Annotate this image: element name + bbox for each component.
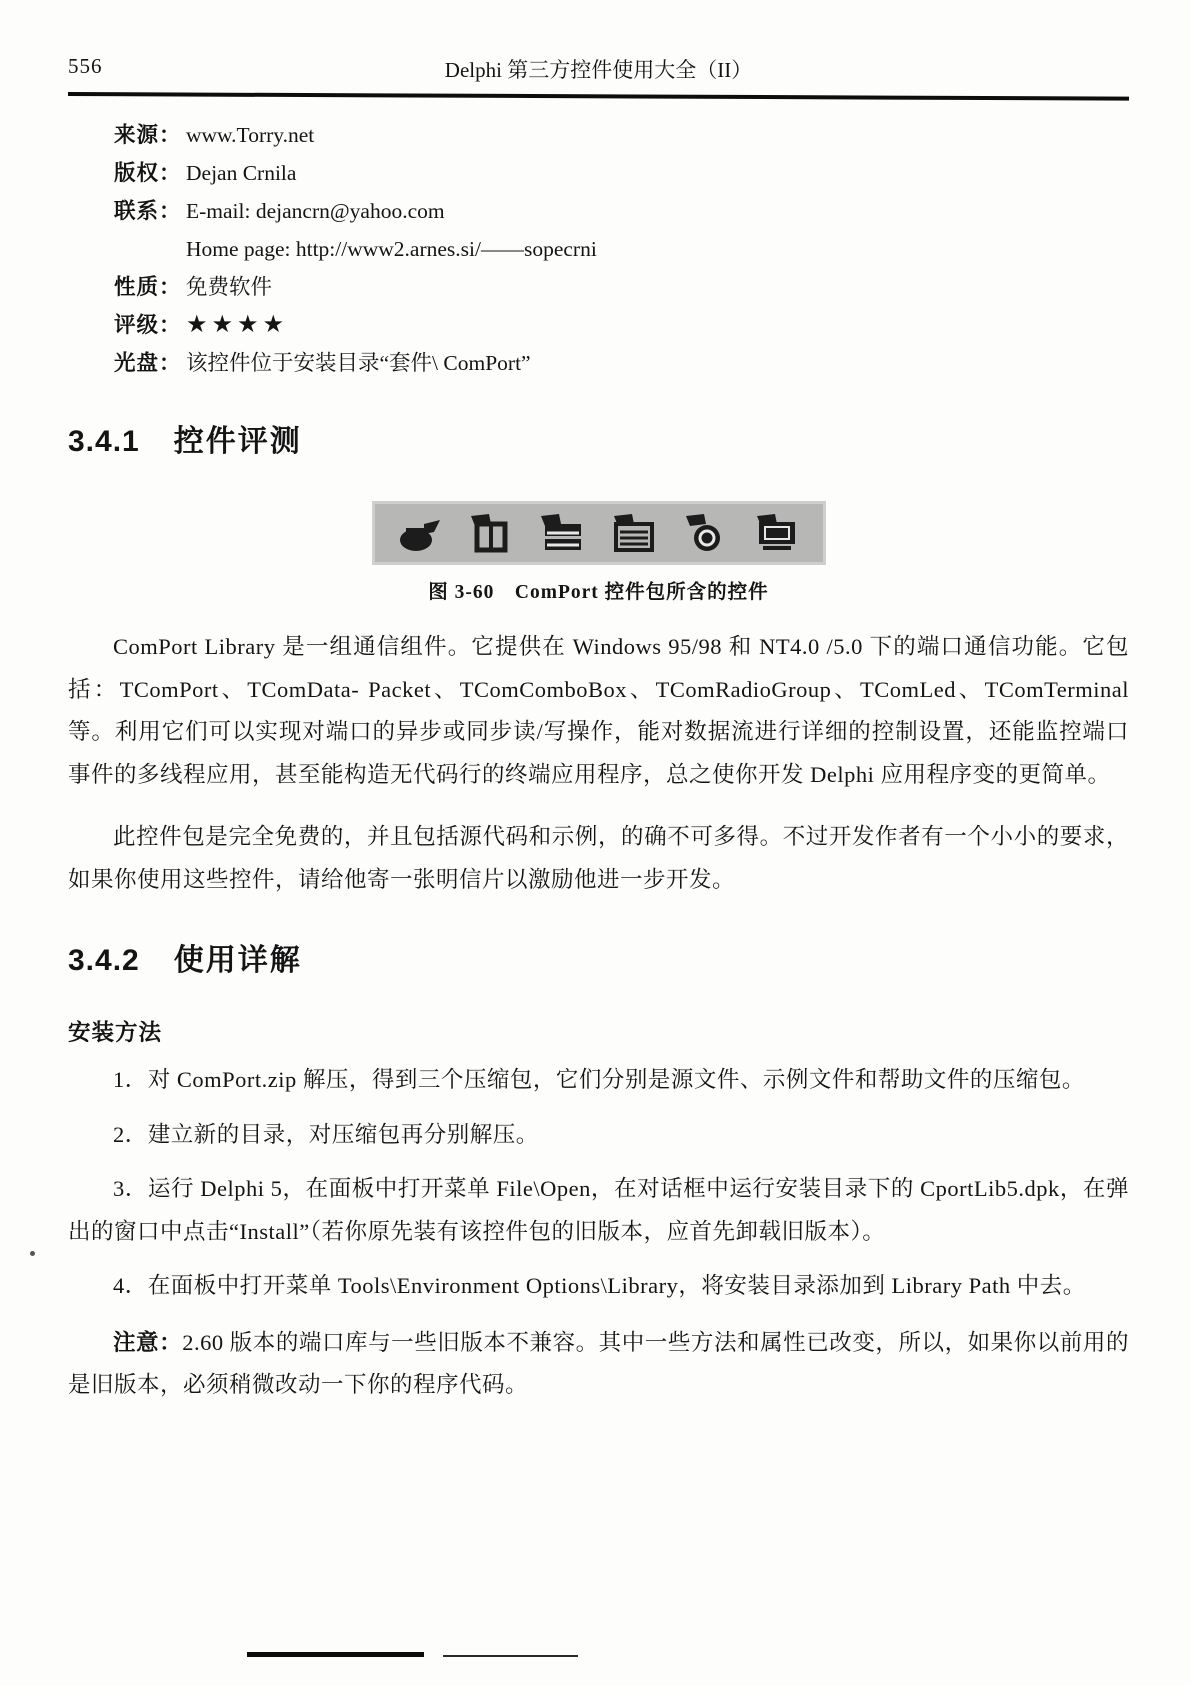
- component-meta-block: 来源： www.Torry.net 版权： Dejan Crnila 联系： E…: [114, 116, 1129, 382]
- meta-label: 联系：: [114, 192, 186, 230]
- tcomdatapacket-icon: [465, 512, 517, 554]
- bottom-scan-mark-left: [247, 1652, 424, 1657]
- tcomradiogroup-icon: [608, 512, 660, 554]
- page-number: 556: [68, 54, 103, 79]
- meta-label: 版权：: [114, 154, 186, 192]
- tcomterminal-icon: [751, 512, 803, 554]
- figure-3-60: 图 3-60 ComPort 控件包所含的控件: [68, 504, 1129, 604]
- meta-value: Dejan Crnila: [186, 154, 296, 192]
- section-title: 控件评测: [174, 416, 302, 460]
- compatibility-note: 注意：2.60 版本的端口库与一些旧版本不兼容。其中一些方法和属性已改变，所以，…: [68, 1322, 1129, 1407]
- tcomcombobox-icon: [537, 512, 589, 554]
- meta-value: Home page: http://www2.arnes.si/——sopecr…: [186, 230, 597, 268]
- subheading-install-method: 安装方法: [68, 1015, 1129, 1047]
- meta-label: 来源：: [114, 116, 186, 154]
- install-step-2: 2．建立新的目录，对压缩包再分别解压。: [68, 1114, 1129, 1157]
- meta-row-homepage: Home page: http://www2.arnes.si/——sopecr…: [114, 230, 1129, 268]
- section-heading-342: 3.4.2 使用详解: [68, 935, 1129, 979]
- install-step-3: 3．运行 Delphi 5，在面板中打开菜单 File\Open，在对话框中运行…: [68, 1168, 1129, 1253]
- meta-row-copyright: 版权： Dejan Crnila: [114, 154, 1129, 192]
- section-title: 使用详解: [174, 935, 302, 979]
- meta-row-nature: 性质： 免费软件: [114, 268, 1129, 306]
- page-header: 556 Delphi 第三方控件使用大全（II）: [68, 52, 1129, 86]
- header-rule: [68, 92, 1129, 101]
- meta-label: 光盘：: [114, 344, 186, 382]
- meta-label: [114, 230, 186, 268]
- tcomport-icon: [394, 512, 446, 554]
- meta-label: 性质：: [114, 268, 186, 306]
- meta-label: 评级：: [114, 306, 186, 344]
- meta-value: E-mail: dejancrn@yahoo.com: [186, 192, 445, 230]
- rating-stars: ★★★★: [186, 306, 288, 344]
- running-header-title: Delphi 第三方控件使用大全（II）: [445, 54, 752, 84]
- meta-row-contact: 联系： E-mail: dejancrn@yahoo.com: [114, 192, 1129, 230]
- figure-caption: 图 3-60 ComPort 控件包所含的控件: [68, 576, 1129, 604]
- meta-value: 该控件位于安装目录“套件\ ComPort”: [186, 344, 531, 382]
- section-heading-341: 3.4.1 控件评测: [68, 416, 1129, 460]
- meta-value: 免费软件: [186, 268, 272, 306]
- install-step-4: 4．在面板中打开菜单 Tools\Environment Options\Lib…: [68, 1265, 1129, 1308]
- paragraph-free-note: 此控件包是完全免费的，并且包括源代码和示例，的确不可多得。不过开发作者有一个小小…: [68, 816, 1129, 901]
- note-label: 注意：: [113, 1330, 182, 1355]
- paragraph-overview: ComPort Library 是一组通信组件。它提供在 Windows 95/…: [68, 626, 1129, 796]
- section-number: 3.4.1: [68, 425, 140, 459]
- tcomled-icon: [680, 512, 732, 554]
- meta-row-source: 来源： www.Torry.net: [114, 116, 1129, 154]
- scan-artifact-dot: [30, 1251, 35, 1256]
- bottom-scan-mark-right: [443, 1655, 578, 1657]
- meta-row-rating: 评级： ★★★★: [114, 306, 1129, 344]
- note-text: 2.60 版本的端口库与一些旧版本不兼容。其中一些方法和属性已改变，所以，如果你…: [68, 1330, 1129, 1398]
- install-step-1: 1．对 ComPort.zip 解压，得到三个压缩包，它们分别是源文件、示例文件…: [68, 1059, 1129, 1102]
- meta-value: www.Torry.net: [186, 116, 314, 154]
- book-page: 556 Delphi 第三方控件使用大全（II） 来源： www.Torry.n…: [0, 0, 1191, 1685]
- component-palette-image: [375, 504, 823, 562]
- meta-row-cdrom: 光盘： 该控件位于安装目录“套件\ ComPort”: [114, 344, 1129, 382]
- section-number: 3.4.2: [68, 944, 140, 978]
